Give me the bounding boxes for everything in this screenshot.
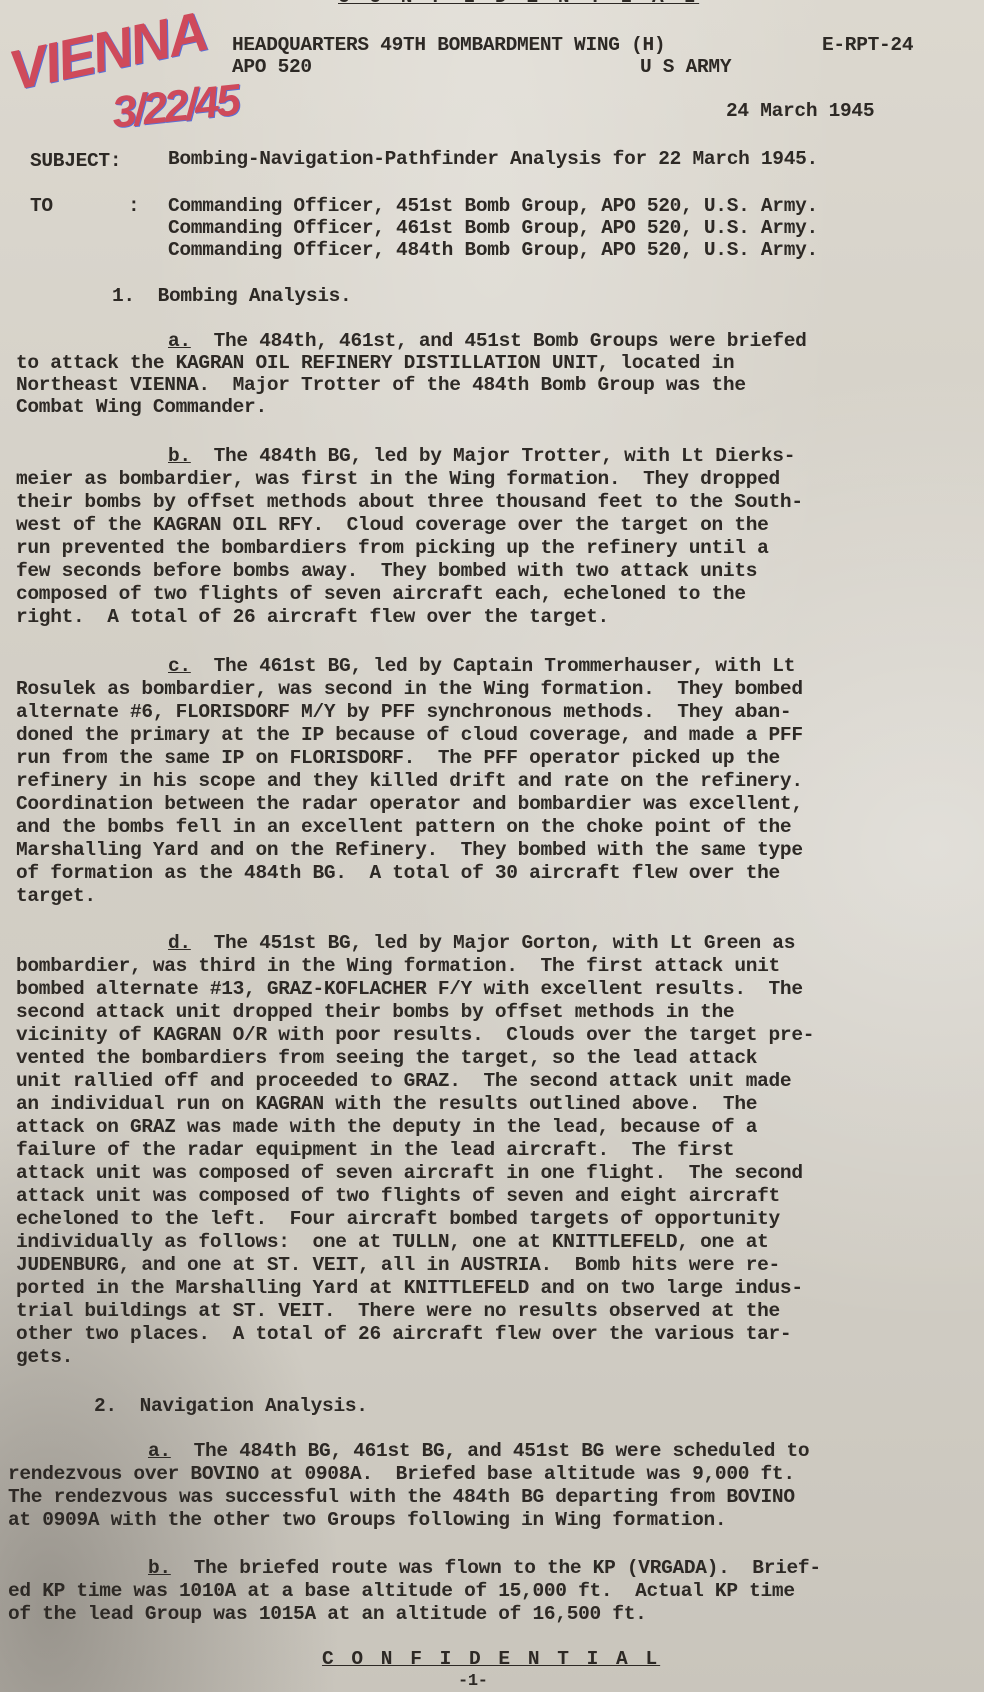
line: target. bbox=[16, 885, 96, 909]
line: of the lead Group was 1015A at an altitu… bbox=[8, 1603, 647, 1627]
page-number: -1- bbox=[458, 1670, 488, 1692]
line: echeloned to the left. Four aircraft bom… bbox=[16, 1208, 780, 1232]
line: JUDENBURG, and one at ST. VEIT, all in A… bbox=[16, 1254, 780, 1278]
line: doned the primary at the IP because of c… bbox=[16, 724, 803, 748]
line: The 484th, 461st, and 451st Bomb Groups … bbox=[191, 330, 807, 352]
paragraph-letter: d. bbox=[168, 932, 191, 954]
line: attack unit was composed of seven aircra… bbox=[16, 1162, 803, 1186]
line: The 451st BG, led by Major Gorton, with … bbox=[191, 932, 795, 954]
paragraph-letter: a. bbox=[168, 330, 191, 352]
document-date: 24 March 1945 bbox=[726, 100, 874, 124]
line: The 484th BG, led by Major Trotter, with… bbox=[191, 445, 795, 467]
line: unit rallied off and proceeded to GRAZ. … bbox=[16, 1070, 791, 1094]
section-heading: 1. Bombing Analysis. bbox=[112, 285, 351, 309]
line: Combat Wing Commander. bbox=[16, 396, 267, 420]
recipient: Commanding Officer, 461st Bomb Group, AP… bbox=[168, 217, 818, 241]
line: west of the KAGRAN OIL RFY. Cloud covera… bbox=[16, 514, 769, 538]
line: trial buildings at ST. VEIT. There were … bbox=[16, 1300, 780, 1324]
line: Coordination between the radar operator … bbox=[16, 793, 803, 817]
line: ed KP time was 1010A at a base altitude … bbox=[8, 1580, 795, 1604]
paragraph-letter: b. bbox=[168, 445, 191, 467]
section-heading: 2. Navigation Analysis. bbox=[94, 1395, 368, 1419]
org-line-1: HEADQUARTERS 49TH BOMBARDMENT WING (H) bbox=[232, 34, 665, 58]
paragraph-letter: a. bbox=[148, 1440, 171, 1462]
line: attack on GRAZ was made with the deputy … bbox=[16, 1116, 757, 1140]
line: their bombs by offset methods about thre… bbox=[16, 491, 803, 515]
to-separator: : bbox=[128, 195, 139, 219]
line: and the bombs fell in an excellent patte… bbox=[16, 816, 791, 840]
line: Northeast VIENNA. Major Trotter of the 4… bbox=[16, 374, 746, 398]
paragraph-letter: b. bbox=[148, 1557, 171, 1579]
report-code: E-RPT-24 bbox=[822, 34, 913, 58]
subject-label: SUBJECT: bbox=[30, 150, 121, 174]
line: attack unit was composed of two flights … bbox=[16, 1185, 780, 1209]
line: meier as bombardier, was first in the Wi… bbox=[16, 468, 780, 492]
line: run from the same IP on FLORISDORF. The … bbox=[16, 747, 780, 771]
line: The briefed route was flown to the KP (V… bbox=[171, 1557, 821, 1579]
line: vicinity of KAGRAN O/R with poor results… bbox=[16, 1024, 814, 1048]
line: bombardier, was third in the Wing format… bbox=[16, 955, 780, 979]
line: at 0909A with the other two Groups follo… bbox=[8, 1509, 726, 1533]
line: few seconds before bombs away. They bomb… bbox=[16, 560, 757, 584]
line: The 461st BG, led by Captain Trommerhaus… bbox=[191, 655, 795, 677]
line: right. A total of 26 aircraft flew over … bbox=[16, 606, 609, 630]
line: run prevented the bombardiers from picki… bbox=[16, 537, 769, 561]
line: second attack unit dropped their bombs b… bbox=[16, 1001, 734, 1025]
classification-footer: C O N F I D E N T I A L bbox=[322, 1648, 660, 1672]
line: alternate #6, FLORISDORF M/Y by PFF sync… bbox=[16, 701, 791, 725]
paragraph-letter: c. bbox=[168, 655, 191, 677]
line: The rendezvous was successful with the 4… bbox=[8, 1486, 795, 1510]
line: The 484th BG, 461st BG, and 451st BG wer… bbox=[171, 1440, 810, 1462]
to-label: TO bbox=[30, 195, 53, 219]
line: failure of the radar equipment in the le… bbox=[16, 1139, 734, 1163]
line: rendezvous over BOVINO at 0908A. Briefed… bbox=[8, 1463, 795, 1487]
subject-text: Bombing-Navigation-Pathfinder Analysis f… bbox=[168, 148, 818, 172]
line: gets. bbox=[16, 1346, 73, 1370]
line: ported in the Marshalling Yard at KNITTL… bbox=[16, 1277, 803, 1301]
line: Marshalling Yard and on the Refinery. Th… bbox=[16, 839, 803, 863]
line: vented the bombardiers from seeing the t… bbox=[16, 1047, 757, 1071]
recipient: Commanding Officer, 451st Bomb Group, AP… bbox=[168, 195, 818, 219]
army-label: U S ARMY bbox=[640, 56, 731, 80]
recipient: Commanding Officer, 484th Bomb Group, AP… bbox=[168, 239, 818, 263]
line: Rosulek as bombardier, was second in the… bbox=[16, 678, 803, 702]
line: individually as follows: one at TULLN, o… bbox=[16, 1231, 769, 1255]
org-line-2: APO 520 bbox=[232, 56, 312, 80]
line: composed of two flights of seven aircraf… bbox=[16, 583, 746, 607]
line: an individual run on KAGRAN with the res… bbox=[16, 1093, 757, 1117]
line: other two places. A total of 26 aircraft… bbox=[16, 1323, 791, 1347]
line: of formation as the 484th BG. A total of… bbox=[16, 862, 780, 886]
line: refinery in his scope and they killed dr… bbox=[16, 770, 803, 794]
classification-top: C O N F I D E N T I A L bbox=[338, 0, 699, 10]
line: to attack the KAGRAN OIL REFINERY DISTIL… bbox=[16, 352, 734, 376]
line: bombed alternate #13, GRAZ-KOFLACHER F/Y… bbox=[16, 978, 803, 1002]
